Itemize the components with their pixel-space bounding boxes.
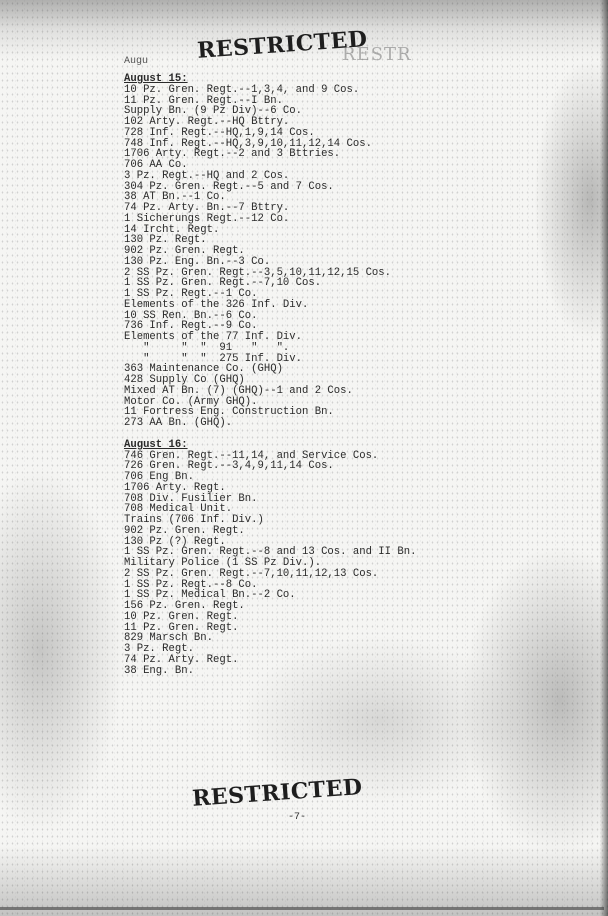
unit-entry: 728 Inf. Regt.--HQ,1,9,14 Cos. [124, 128, 416, 139]
unit-entry: 130 Pz. Eng. Bn.--3 Co. [124, 257, 416, 268]
page-edge-shadow [600, 0, 608, 916]
unit-entry: 3 Pz. Regt.--HQ and 2 Cos. [124, 171, 416, 182]
document-page: Augu RESTRICTED RESTR August 15:10 Pz. G… [0, 0, 608, 916]
unit-entry: Elements of the 326 Inf. Div. [124, 300, 416, 311]
unit-entry: 1 Sicherungs Regt.--12 Co. [124, 214, 416, 225]
unit-entry: 1706 Arty. Regt. [124, 483, 416, 494]
header-fragment: Augu [124, 56, 148, 67]
unit-entry: 2 SS Pz. Gren. Regt.--7,10,11,12,13 Cos. [124, 569, 416, 580]
ghost-stamp-bleedthrough: RESTR [342, 44, 412, 65]
unit-entry: Mixed AT Bn. (7) (GHQ)--1 and 2 Cos. [124, 386, 416, 397]
section-title: August 16: [124, 440, 416, 451]
unit-entry: 74 Pz. Arty. Regt. [124, 655, 416, 666]
unit-entry: 10 Pz. Gren. Regt.--1,3,4, and 9 Cos. [124, 85, 416, 96]
unit-list: August 15:10 Pz. Gren. Regt.--1,3,4, and… [124, 74, 416, 676]
unit-entry: 273 AA Bn. (GHQ). [124, 418, 416, 429]
unit-entry: " " " 91 " ". [124, 343, 416, 354]
page-number: -7- [288, 812, 306, 823]
unit-entry: 902 Pz. Gren. Regt. [124, 526, 416, 537]
unit-entry: 38 Eng. Bn. [124, 666, 416, 677]
page-bottom-edge [0, 907, 604, 910]
unit-entry: 10 Pz. Gren. Regt. [124, 612, 416, 623]
